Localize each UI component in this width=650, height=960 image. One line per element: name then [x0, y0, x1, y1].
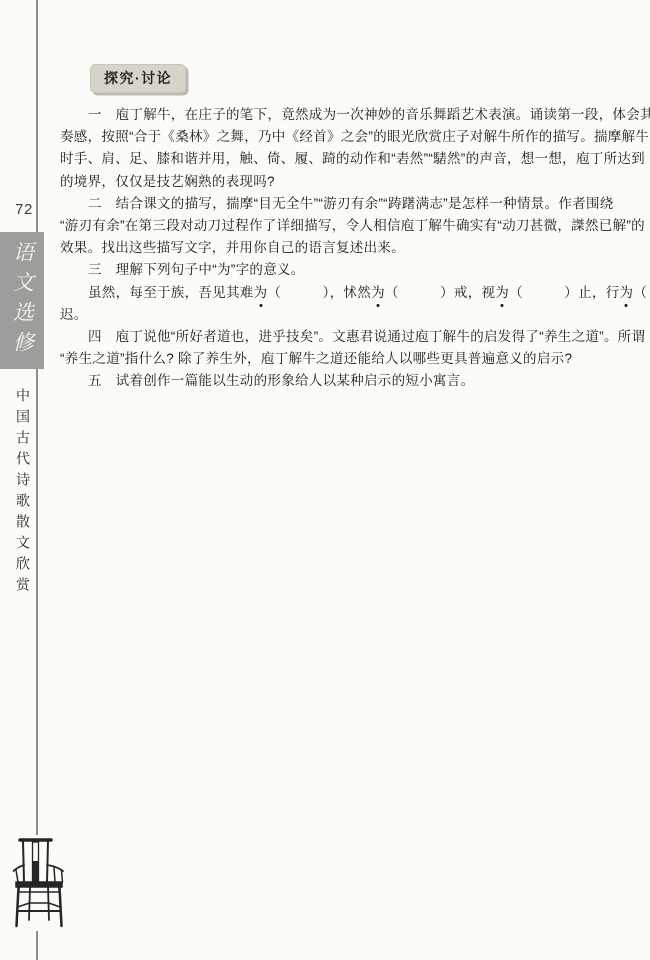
- exercise-line: 一 庖丁解牛，在庄子的笔下，竟然成为一次神妙的音乐舞蹈艺术表演。诵读第一段，体会…: [60, 104, 632, 126]
- emphasized-char: 为: [371, 282, 385, 304]
- exercise-line: 的境界，仅仅是技艺娴熟的表现吗?: [60, 171, 632, 193]
- exercise-line: 五 试着创作一篇能以生动的形象给人以某种启示的短小寓言。: [60, 370, 632, 392]
- emphasized-char: 为: [620, 282, 634, 304]
- exercise-line: 二 结合课文的描写，揣摩“目无全牛”“游刃有余”“踌躇满志”是怎样一种情景。作者…: [60, 193, 632, 215]
- exercise-line: 奏感，按照“合于《桑林》之舞，乃中《经首》之会”的眼光欣赏庄子对解牛所作的描写。…: [60, 126, 632, 148]
- exercise-item-5: 五 试着创作一篇能以生动的形象给人以某种启示的短小寓言。: [60, 370, 632, 392]
- series-banner: 语文选修: [0, 232, 44, 369]
- chair-icon: [9, 835, 69, 931]
- page-number: 72: [11, 201, 37, 218]
- fill-segment: 虽然，每至于族，吾见其难: [88, 285, 254, 300]
- section-badge: 探究·讨论: [90, 64, 186, 93]
- main-content: 探究·讨论 一 庖丁解牛，在庄子的笔下，竟然成为一次神妙的音乐舞蹈艺术表演。诵读…: [60, 64, 632, 392]
- emphasized-char: 为: [495, 282, 509, 304]
- exercise-line: “养生之道”指什么? 除了养生外，庖丁解牛之道还能给人以哪些更具普遍意义的启示?: [60, 348, 632, 370]
- exercise-list: 一 庖丁解牛，在庄子的笔下，竟然成为一次神妙的音乐舞蹈艺术表演。诵读第一段，体会…: [60, 104, 632, 392]
- volume-title: 中国古代诗歌散文欣赏: [12, 388, 32, 618]
- exercise-line: 时手、肩、足、膝和谐并用，触、倚、履、踦的动作和“砉然”“騞然”的声音，想一想，…: [60, 148, 632, 170]
- exercise-line: 效果。找出这些描写文字，并用你自己的语言复述出来。: [60, 237, 632, 259]
- exercise-item-1: 一 庖丁解牛，在庄子的笔下，竟然成为一次神妙的音乐舞蹈艺术表演。诵读第一段，体会…: [60, 104, 632, 193]
- fill-segment: （ ）: [633, 285, 650, 300]
- fill-segment: （ ），怵然: [267, 285, 371, 300]
- exercise-line: “游刃有余”在第三段对动刀过程作了详细描写，令人相信庖丁解牛确实有“动刀甚微，謋…: [60, 215, 632, 237]
- volume-title-wrap: 中国古代诗歌散文欣赏: [0, 388, 44, 618]
- fill-segment: （ ）止，行: [509, 285, 619, 300]
- exercise-item-3: 三 理解下列句子中“为”字的意义。 虽然，每至于族，吾见其难为（ ），怵然为（ …: [60, 259, 632, 326]
- exercise-item-4: 四 庖丁说他“所好者道也，进乎技矣”。文惠君说通过庖丁解牛的启发得了“养生之道”…: [60, 326, 632, 370]
- ming-chair-illustration: [9, 835, 69, 931]
- fill-segment: （ ）戒，视: [385, 285, 495, 300]
- exercise-item-2: 二 结合课文的描写，揣摩“目无全牛”“游刃有余”“踌躇满志”是怎样一种情景。作者…: [60, 193, 632, 260]
- exercise-line: 四 庖丁说他“所好者道也，进乎技矣”。文惠君说通过庖丁解牛的启发得了“养生之道”…: [60, 326, 632, 348]
- exercise-line: 迟。: [60, 304, 632, 326]
- exercise-line: 三 理解下列句子中“为”字的意义。: [60, 259, 632, 281]
- emphasized-char: 为: [254, 282, 268, 304]
- series-title: 语文选修: [12, 241, 33, 361]
- exercise-fill-line: 虽然，每至于族，吾见其难为（ ），怵然为（ ）戒，视为（ ）止，行为（ ）: [60, 282, 632, 304]
